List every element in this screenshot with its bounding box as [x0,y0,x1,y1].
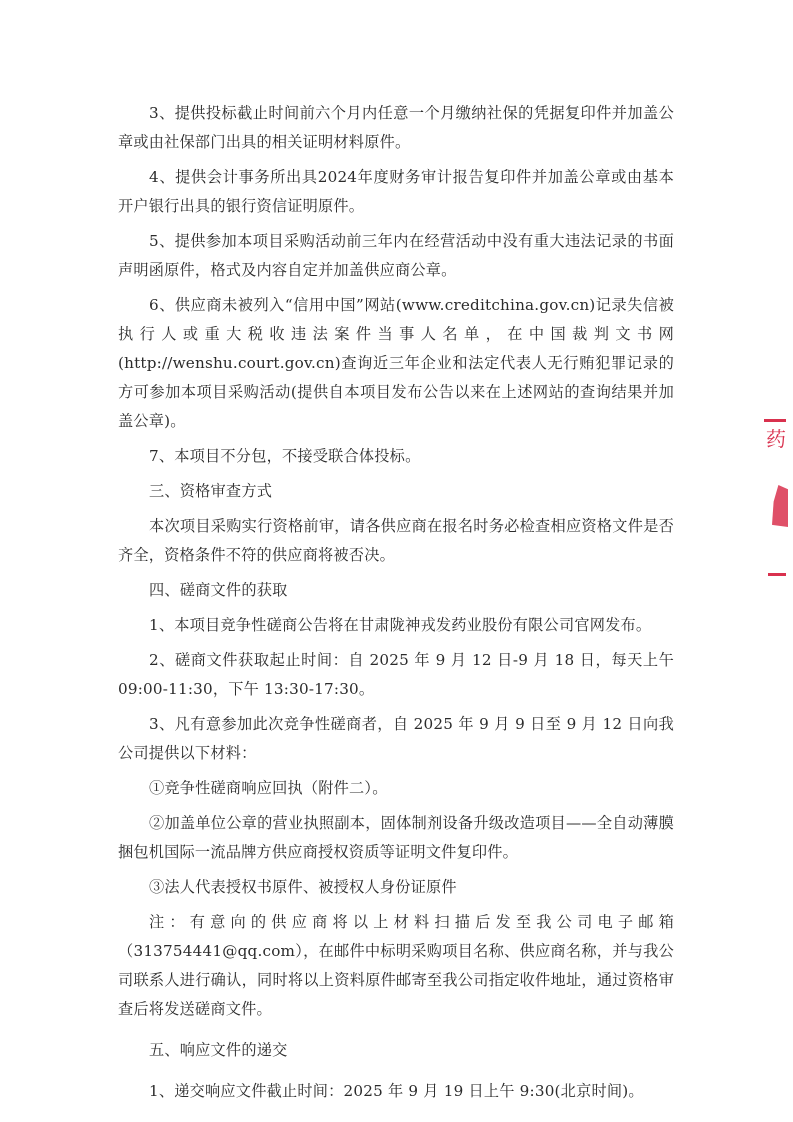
paragraph-item-3: 3、提供投标截止时间前六个月内任意一个月缴纳社保的凭据复印件并加盖公章或由社保部… [118,99,674,157]
section-heading-response-submission: 五、响应文件的递交 [118,1036,674,1065]
acquisition-item-3: 3、凡有意参加此次竞争性磋商者，自 2025 年 9 月 9 日至 9 月 12… [118,710,674,768]
paragraph-item-5: 5、提供参加本项目采购活动前三年内在经营活动中没有重大违法记录的书面声明函原件，… [118,227,674,285]
seal-ink-mark [772,485,788,527]
submission-item-1: 1、递交响应文件截止时间：2025 年 9 月 19 日上午 9:30(北京时间… [118,1077,674,1106]
qualification-review-body: 本次项目采购实行资格前审，请各供应商在报名时务必检查相应资格文件是否齐全，资格条… [118,512,674,570]
acquisition-note: 注：有意向的供应商将以上材料扫描后发至我公司电子邮箱（313754441@qq.… [118,908,674,1024]
company-seal-stamp-fragment: 药 [760,415,790,585]
paragraph-item-4: 4、提供会计事务所出具2024年度财务审计报告复印件并加盖公章或由基本开户银行出… [118,163,674,221]
seal-edge-bottom [768,573,786,576]
seal-character: 药 [766,427,786,451]
section-heading-document-acquisition: 四、磋商文件的获取 [118,576,674,605]
material-2: ②加盖单位公章的营业执照副本，固体制剂设备升级改造项目——全自动薄膜捆包机国际一… [118,809,674,867]
document-page: 3、提供投标截止时间前六个月内任意一个月缴纳社保的凭据复印件并加盖公章或由社保部… [118,99,674,1106]
acquisition-item-2: 2、磋商文件获取起止时间：自 2025 年 9 月 12 日-9 月 18 日，… [118,646,674,704]
paragraph-item-6: 6、供应商未被列入“信用中国”网站(www.creditchina.gov.cn… [118,291,674,436]
paragraph-item-7: 7、本项目不分包，不接受联合体投标。 [118,442,674,471]
material-3: ③法人代表授权书原件、被授权人身份证原件 [118,873,674,902]
section-heading-qualification-review: 三、资格审查方式 [118,477,674,506]
seal-edge-top [764,419,786,422]
material-1: ①竞争性磋商响应回执（附件二）。 [118,774,674,803]
acquisition-item-1: 1、本项目竞争性磋商公告将在甘肃陇神戎发药业股份有限公司官网发布。 [118,611,674,640]
